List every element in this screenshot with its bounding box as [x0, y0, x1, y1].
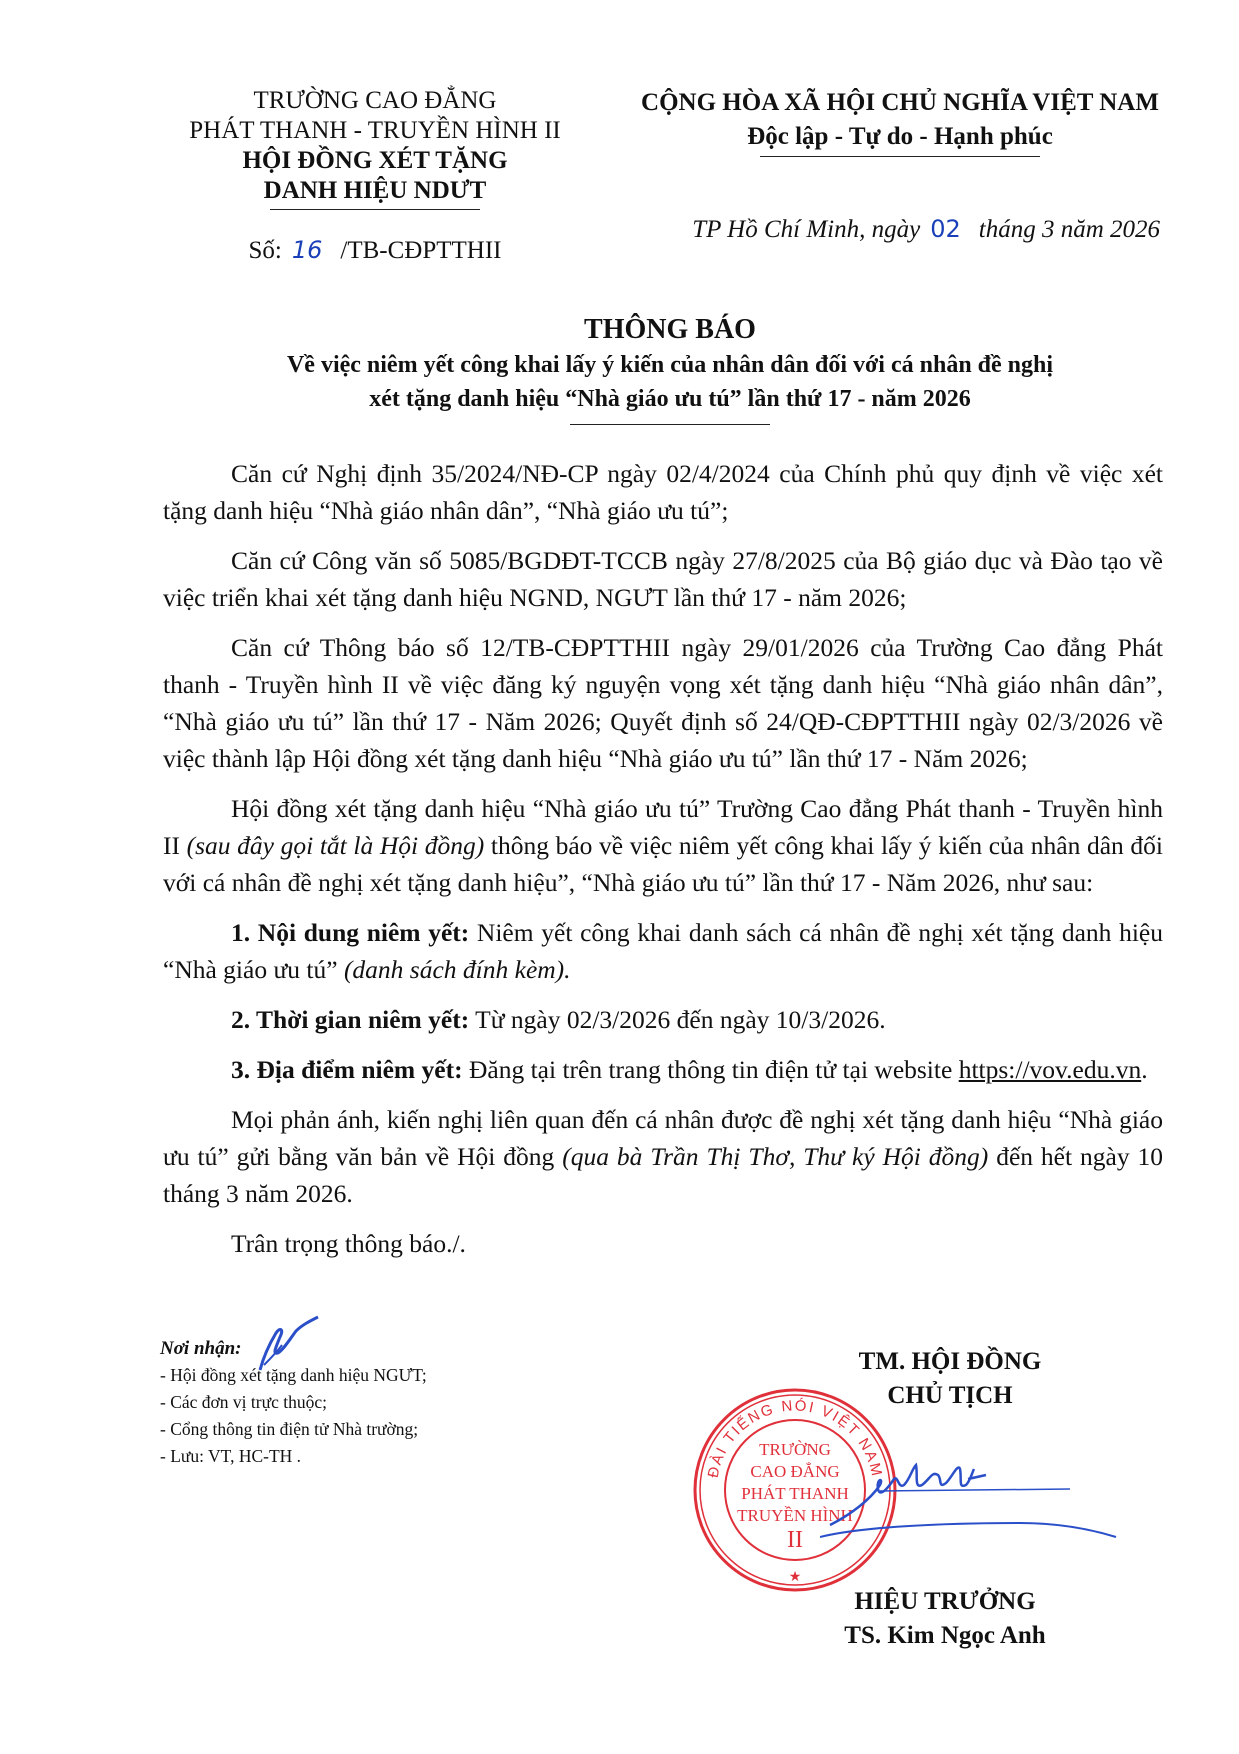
- date-prefix: TP Hồ Chí Minh, ngày: [692, 216, 920, 243]
- date-suffix: tháng 3 năm 2026: [979, 216, 1160, 243]
- item-content-label: 1. Nội dung niêm yết:: [231, 918, 469, 947]
- recipient-item: Các đơn vị trực thuộc;: [160, 1389, 680, 1416]
- item-content: 1. Nội dung niêm yết: Niêm yết công khai…: [163, 914, 1163, 988]
- document-title: THÔNG BÁO: [150, 312, 1190, 348]
- item-time-text: Từ ngày 02/3/2026 đến ngày 10/3/2026.: [469, 1005, 885, 1034]
- number-label: Số:: [248, 237, 281, 264]
- header-right-divider: [760, 156, 1040, 157]
- org-line-4: DANH HIỆU NDƯT: [150, 176, 600, 206]
- document-title-block: THÔNG BÁO Về việc niêm yết công khai lấy…: [150, 312, 1190, 425]
- subject-line-2: xét tặng danh hiệu “Nhà giáo ưu tú” lần …: [150, 382, 1190, 416]
- document-body: Căn cứ Nghị định 35/2024/NĐ-CP ngày 02/4…: [163, 455, 1163, 1275]
- item-location-label: 3. Địa điểm niêm yết:: [231, 1055, 463, 1084]
- recipients-label: Nơi nhận:: [160, 1335, 680, 1362]
- item-location-end: .: [1141, 1055, 1147, 1084]
- signatory-block: HIỆU TRƯỞNG TS. Kim Ngọc Anh: [790, 1585, 1100, 1653]
- recipients-list: Hội đồng xét tặng danh hiệu NGƯT; Các đơ…: [160, 1362, 680, 1470]
- paragraph-legal-basis-1: Căn cứ Nghị định 35/2024/NĐ-CP ngày 02/4…: [163, 455, 1163, 529]
- date-line: TP Hồ Chí Minh, ngày02tháng 3 năm 2026: [610, 215, 1160, 244]
- handwritten-signature-icon: [820, 1455, 1120, 1545]
- seal-line-5: II: [787, 1527, 803, 1553]
- paragraph-announcement: Hội đồng xét tặng danh hiệu “Nhà giáo ưu…: [163, 790, 1163, 901]
- handwritten-number: 16: [292, 236, 323, 264]
- handwritten-day: 02: [930, 215, 961, 243]
- item-location: 3. Địa điểm niêm yết: Đăng tại trên tran…: [163, 1051, 1163, 1088]
- website-link[interactable]: https://vov.edu.vn: [959, 1055, 1142, 1084]
- paragraph-legal-basis-3: Căn cứ Thông báo số 12/TB-CĐPTTHII ngày …: [163, 629, 1163, 777]
- title-divider: [570, 424, 770, 425]
- svg-text:★: ★: [789, 1569, 802, 1585]
- closing-line: Trân trọng thông báo./.: [163, 1225, 1163, 1262]
- paragraph-feedback: Mọi phản ánh, kiến nghị liên quan đến cá…: [163, 1101, 1163, 1212]
- signature-on-behalf: TM. HỘI ĐỒNG: [810, 1345, 1090, 1379]
- recipient-item: Lưu: VT, HC-TH .: [160, 1443, 680, 1470]
- signatory-title: HIỆU TRƯỞNG: [790, 1585, 1100, 1619]
- org-line-2: PHÁT THANH - TRUYỀN HÌNH II: [150, 116, 600, 146]
- national-header: CỘNG HÒA XÃ HỘI CHỦ NGHĨA VIỆT NAM Độc l…: [610, 86, 1190, 157]
- announcement-italic: (sau đây gọi tắt là Hội đồng): [187, 831, 485, 860]
- issuing-organization: TRƯỜNG CAO ĐẲNG PHÁT THANH - TRUYỀN HÌNH…: [150, 86, 600, 210]
- number-suffix: /TB-CĐPTTHII: [340, 237, 501, 264]
- item-time: 2. Thời gian niêm yết: Từ ngày 02/3/2026…: [163, 1001, 1163, 1038]
- org-line-3: HỘI ĐỒNG XÉT TẶNG: [150, 146, 600, 176]
- signatory-name: TS. Kim Ngọc Anh: [790, 1619, 1100, 1653]
- item-content-italic: (danh sách đính kèm).: [344, 955, 571, 984]
- subject-line-1: Về việc niêm yết công khai lấy ý kiến củ…: [150, 348, 1190, 382]
- document-number: Số:16/TB-CĐPTTHII: [150, 236, 600, 265]
- document-subject: Về việc niêm yết công khai lấy ý kiến củ…: [150, 348, 1190, 416]
- header-left-divider: [270, 209, 480, 210]
- recipient-item: Cổng thông tin điện tử Nhà trường;: [160, 1416, 680, 1443]
- item-location-text: Đăng tại trên trang thông tin điện tử tạ…: [463, 1055, 959, 1084]
- recipients-block: Nơi nhận: Hội đồng xét tặng danh hiệu NG…: [160, 1335, 680, 1470]
- national-motto: Độc lập - Tự do - Hạnh phúc: [610, 120, 1190, 154]
- item-time-label: 2. Thời gian niêm yết:: [231, 1005, 469, 1034]
- feedback-italic: (qua bà Trần Thị Thơ, Thư ký Hội đồng): [562, 1142, 988, 1171]
- org-line-1: TRƯỜNG CAO ĐẲNG: [150, 86, 600, 116]
- recipient-item: Hội đồng xét tặng danh hiệu NGƯT;: [160, 1362, 680, 1389]
- national-title: CỘNG HÒA XÃ HỘI CHỦ NGHĨA VIỆT NAM: [610, 86, 1190, 120]
- paragraph-legal-basis-2: Căn cứ Công văn số 5085/BGDĐT-TCCB ngày …: [163, 542, 1163, 616]
